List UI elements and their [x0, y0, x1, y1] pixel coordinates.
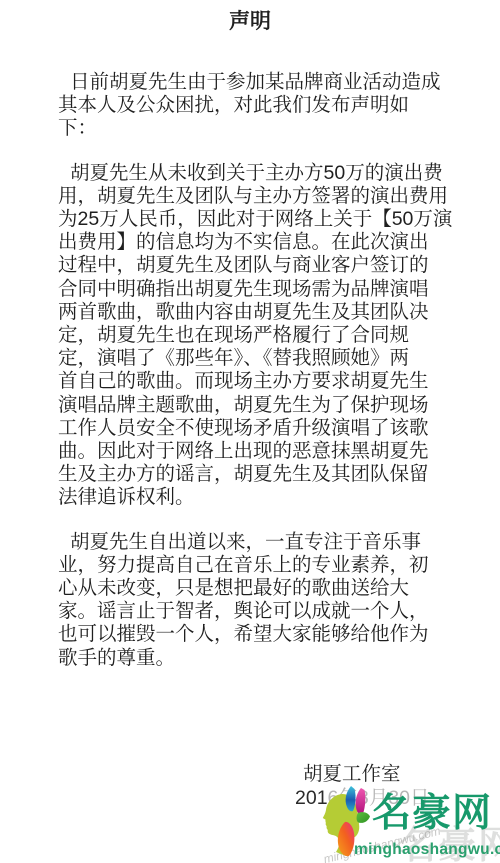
signature-studio-name: 胡夏工作室: [303, 763, 401, 785]
text-line: 曲。因此对于网络上出现的恶意抹黑胡夏先: [58, 440, 448, 463]
text-line: 合同中明确指出胡夏先生现场需为品牌演唱: [58, 278, 448, 301]
text-line: 首自己的歌曲。而现场主办方要求胡夏先生: [58, 370, 448, 393]
watermark-site-url: minghaoshangwu.com: [354, 841, 500, 859]
document-title: 声明: [0, 10, 500, 34]
petal-green: [357, 812, 370, 823]
text-line: 演唱品牌主题歌曲，胡夏先生为了保护现场: [58, 394, 448, 417]
text-line: 家。谣言止于智者，舆论可以成就一个人，: [58, 600, 448, 623]
text-line: 下：: [58, 117, 448, 140]
paragraph: 日前胡夏先生由于参加某品牌商业活动造成其本人及公众困扰，对此我们发布声明如下：: [58, 71, 448, 141]
paragraph: 胡夏先生自出道以来，一直专注于音乐事业，努力提高自己在音乐上的专业素养，初心从未…: [58, 531, 448, 670]
statement-document: 声明 日前胡夏先生由于参加某品牌商业活动造成其本人及公众困扰，对此我们发布声明如…: [0, 0, 500, 863]
text-line: 生及主办方的谣言，胡夏先生及其团队保留: [58, 463, 448, 486]
text-line: 也可以摧毁一个人，希望大家能够给他作为: [58, 623, 448, 646]
watermark-panel: 名豪网 minghaoshangwu.com: [328, 786, 500, 863]
text-line: 日前胡夏先生由于参加某品牌商业活动造成: [58, 71, 448, 94]
text-line: 用，胡夏先生及团队与主办方签署的演出费用: [58, 185, 448, 208]
document-body: 日前胡夏先生由于参加某品牌商业活动造成其本人及公众困扰，对此我们发布声明如下：胡…: [58, 71, 448, 691]
text-line: 工作人员安全不使现场矛盾升级演唱了该歌: [58, 417, 448, 440]
text-line: 定，演唱了《那些年》、《替我照顾她》两: [58, 347, 448, 370]
text-line: 其本人及公众困扰，对此我们发布声明如: [58, 94, 448, 117]
text-line: 过程中，胡夏先生及团队与商业客户签订的: [58, 254, 448, 277]
text-line: 心从未改变，只是想把最好的歌曲送给大: [58, 577, 448, 600]
text-line: 为25万人民币，因此对于网络上关于【50万演: [58, 208, 448, 231]
text-line: 两首歌曲，歌曲内容由胡夏先生及其团队决: [58, 301, 448, 324]
watermark-site-name: 名豪网: [372, 794, 492, 834]
text-line: 胡夏先生自出道以来，一直专注于音乐事: [58, 531, 448, 554]
text-line: 歌手的尊重。: [58, 647, 448, 670]
text-line: 胡夏先生从未收到关于主办方50万的演出费: [58, 162, 448, 185]
text-line: 业，努力提高自己在音乐上的专业素养，初: [58, 554, 448, 577]
petal-magenta: [356, 788, 366, 815]
text-line: 法律追诉权利。: [58, 486, 448, 509]
text-line: 出费用】的信息均为不实信息。在此次演出: [58, 231, 448, 254]
paragraph: 胡夏先生从未收到关于主办方50万的演出费用，胡夏先生及团队与主办方签署的演出费用…: [58, 162, 448, 510]
text-line: 定，胡夏先生也在现场严格履行了合同规: [58, 324, 448, 347]
